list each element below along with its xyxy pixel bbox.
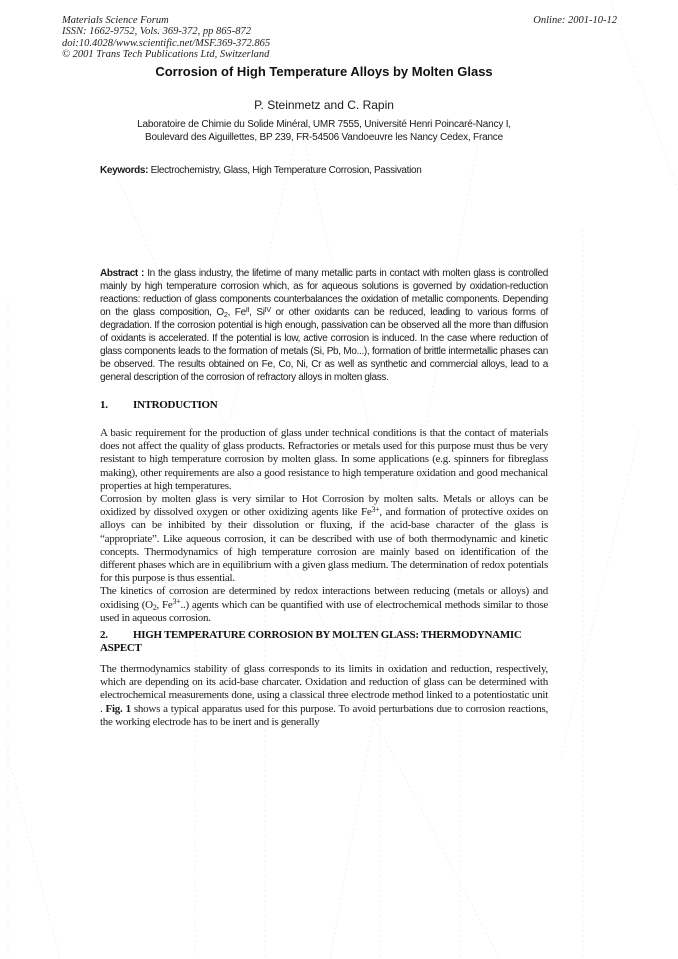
document-page: Materials Science Forum ISSN: 1662-9752,… (0, 0, 678, 959)
section-1-title: INTRODUCTION (133, 399, 217, 411)
journal-copyright-line: © 2001 Trans Tech Publications Ltd, Swit… (62, 49, 270, 60)
paper-title: Corrosion of High Temperature Alloys by … (100, 64, 548, 79)
abstract-paragraph: Abstract : In the glass industry, the li… (100, 267, 548, 384)
journal-meta: Materials Science Forum ISSN: 1662-9752,… (62, 15, 270, 61)
intro-paragraph-3: The kinetics of corrosion are determined… (100, 585, 548, 625)
affiliation-line-1: Laboratoire de Chimie du Solide Minéral,… (100, 119, 548, 132)
affiliation-block: Laboratoire de Chimie du Solide Minéral,… (100, 119, 548, 145)
journal-doi-line: doi:10.4028/www.scientific.net/MSF.369-3… (62, 38, 270, 49)
keywords-line: Keywords: Electrochemistry, Glass, High … (100, 164, 548, 177)
journal-issn-line: ISSN: 1662-9752, Vols. 369-372, pp 865-8… (62, 26, 270, 37)
intro-paragraph-1: A basic requirement for the production o… (100, 427, 548, 493)
authors-line: P. Steinmetz and C. Rapin (100, 98, 548, 112)
affiliation-line-2: Boulevard des Aiguillettes, BP 239, FR-5… (100, 132, 548, 145)
section-2-number: 2. (100, 629, 133, 642)
online-date: Online: 2001-10-12 (533, 15, 617, 26)
section-2-text: The thermodynamics stability of glass co… (100, 663, 548, 729)
introduction-text: A basic requirement for the production o… (100, 427, 548, 625)
section-2-heading: 2.HIGH TEMPERATURE CORROSION BY MOLTEN G… (100, 629, 548, 656)
intro-paragraph-2: Corrosion by molten glass is very simila… (100, 493, 548, 585)
thermo-paragraph-1: The thermodynamics stability of glass co… (100, 663, 548, 729)
journal-name: Materials Science Forum (62, 15, 270, 26)
section-2-title: HIGH TEMPERATURE CORROSION BY MOLTEN GLA… (100, 629, 522, 654)
section-1-heading: 1.INTRODUCTION (100, 399, 548, 412)
journal-header: Materials Science Forum ISSN: 1662-9752,… (62, 15, 617, 61)
section-1-number: 1. (100, 399, 133, 412)
